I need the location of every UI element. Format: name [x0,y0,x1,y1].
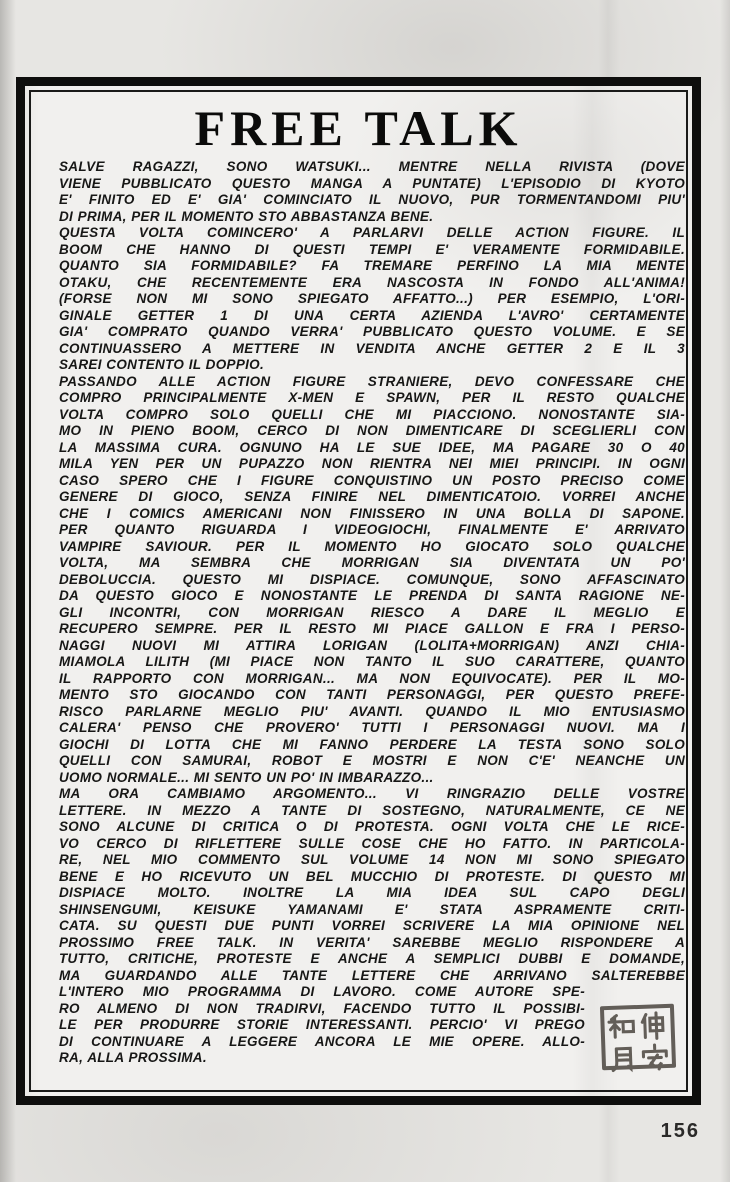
frame-inner-border: FREE TALK SALVE RAGAZZI, SONO WATSUKI...… [29,90,688,1092]
body-line: GENERE DI GIOCO, SENZA FINIRE NEL DIMENT… [59,489,685,506]
body-line: CALERA' PENSO CHE PROVERO' TUTTI I PERSO… [59,720,685,737]
body-line: BENE E HO RICEVUTO UN BEL MUCCHIO DI PRO… [59,869,685,886]
body-line: L'INTERO MIO PROGRAMMA DI LAVORO. COME A… [59,984,685,1001]
body-line: GIOCHI DI LOTTA CHE MI FANNO PERDERE LA … [59,737,685,754]
body-line: UOMO NORMALE... MI SENTO UN PO' IN IMBAR… [59,770,685,787]
page-title: FREE TALK [31,102,686,154]
body-line: CATA. SU QUESTI DUE PUNTI VORREI SCRIVER… [59,918,685,935]
body-line: VOLTA COMPRO SOLO QUELLI CHE MI PIACCION… [59,407,685,424]
author-seal-stamp [600,1004,676,1071]
page-background: { "page": { "number": "156", "paper_colo… [0,0,730,1182]
body-line: E' FINITO ED E' GIA' COMINCIATO IL NUOVO… [59,192,685,209]
body-line: VAMPIRE SAVIOUR. PER IL MOMENTO HO GIOCA… [59,539,685,556]
page-number: 156 [661,1120,700,1143]
body-line: MA GUARDANDO ALLE TANTE LETTERE CHE ARRI… [59,968,685,985]
body-line: DA QUESTO GIOCO E NONOSTANTE LE PRENDA D… [59,588,685,605]
body-line: VIENE PUBBLICATO QUESTO MANGA A PUNTATE)… [59,176,685,193]
seal-kanji-hiro [639,1041,671,1073]
body-line: GINALE GETTER 1 DI UNA CERTA AZIENDA L'A… [59,308,685,325]
body-line: RE, NEL MIO COMMENTO SUL VOLUME 14 NON M… [59,852,685,869]
body-line: (FORSE NON MI SONO SPIEGATO AFFATTO...) … [59,291,685,308]
body-line: CHE I COMICS AMERICANI NON FINISSERO IN … [59,506,685,523]
body-line: QUELLI CON SAMURAI, ROBOT E MOSTRI E NON… [59,753,685,770]
body-line: MIAMOLA LILITH (MI PIACE NON TANTO IL SU… [59,654,685,671]
body-line: VO CERCO DI RIFLETTERE SULLE COSE CHE HO… [59,836,685,853]
body-line: RECUPERO SEMPRE. PER IL RESTO MI PIACE G… [59,621,685,638]
body-line: DI PRIMA, PER IL MOMENTO STO ABBASTANZA … [59,209,685,226]
free-talk-frame: FREE TALK SALVE RAGAZZI, SONO WATSUKI...… [16,77,701,1105]
body-line: SONO ALCUNE DI CRITICA O DI PROTESTA. OG… [59,819,685,836]
body-line: LA MASSIMA CURA. OGNUNO HA LE SUE IDEE, … [59,440,685,457]
body-line: RA, ALLA PROSSIMA. [59,1050,685,1067]
body-line: CONTINUASSERO A METTERE IN VENDITA ANCHE… [59,341,685,358]
body-line: TUTTO, CRITICHE, PROTESTE E ANCHE A SEMP… [59,951,685,968]
body-line: VOLTA, MA SEMBRA CHE MORRIGAN SIA DIVENT… [59,555,685,572]
body-line: PER QUANTO RIGUARDA I VIDEOGIOCHI, FINAL… [59,522,685,539]
body-line: QUANTO SIA FORMIDABILE? FA TREMARE PERFI… [59,258,685,275]
body-line: RISCO PARLARNE MEGLIO PIU' AVANTI. QUAND… [59,704,685,721]
seal-kanji-shin [638,1010,670,1042]
body-line: MO IN PIENO BOOM, CERCO DI NON DIMENTICA… [59,423,685,440]
body-line: LE PER PRODURRE STORIE INTERESSANTI. PER… [59,1017,685,1034]
body-line: DI CONTINUARE A LEGGERE ANCORA LE MIE OP… [59,1034,685,1051]
body-line: PASSANDO ALLE ACTION FIGURE STRANIERE, D… [59,374,685,391]
body-line: CASO SPERO CHE I FIGURE CONQUISTINO UN P… [59,473,685,490]
seal-kanji-tsuki [607,1043,639,1075]
body-line: DISPIACE MOLTO. INOLTRE LA MIA IDEA SUL … [59,885,685,902]
free-talk-body: SALVE RAGAZZI, SONO WATSUKI... MENTRE NE… [59,159,685,1067]
body-line: NAGGI NUOVI MI ATTIRA LORIGAN (LOLITA+MO… [59,638,685,655]
body-line: SHINSENGUMI, KEISUKE YAMANAMI E' STATA A… [59,902,685,919]
body-line: SALVE RAGAZZI, SONO WATSUKI... MENTRE NE… [59,159,685,176]
body-line: LETTERE. IN MEZZO A TANTE DI SOSTEGNO, N… [59,803,685,820]
body-line: PROSSIMO FREE TALK. IN VERITA' SAREBBE M… [59,935,685,952]
body-line: QUESTA VOLTA COMINCERO' A PARLARVI DELLE… [59,225,685,242]
body-line: MENTO STO GIOCANDO CON TANTI PERSONAGGI,… [59,687,685,704]
body-line: OTAKU, CHE RECENTEMENTE ERA NASCOSTA IN … [59,275,685,292]
body-line: COMPRO PRINCIPALMENTE X-MEN E SPAWN, PER… [59,390,685,407]
body-line: MA ORA CAMBIAMO ARGOMENTO... VI RINGRAZI… [59,786,685,803]
body-line: GIA' COMPRATO QUANDO VERRA' PUBBLICATO Q… [59,324,685,341]
body-line: RO ALMENO DI NON TRADIRVI, FACENDO TUTTO… [59,1001,685,1018]
body-line: IL RAPPORTO CON MORRIGAN... MA NON EQUIV… [59,671,685,688]
body-line: SAREI CONTENTO IL DOPPIO. [59,357,685,374]
body-line: GLI INCONTRI, CON MORRIGAN RIESCO A DARE… [59,605,685,622]
seal-kanji-wa [606,1011,638,1043]
body-line: DEBOLUCCIA. QUESTO MI DISPIACE. COMUNQUE… [59,572,685,589]
body-line: MILA YEN PER UN PUPAZZO NON RIENTRA NEI … [59,456,685,473]
body-line: BOOM CHE HANNO DI QUESTI TEMPI E' VERAME… [59,242,685,259]
